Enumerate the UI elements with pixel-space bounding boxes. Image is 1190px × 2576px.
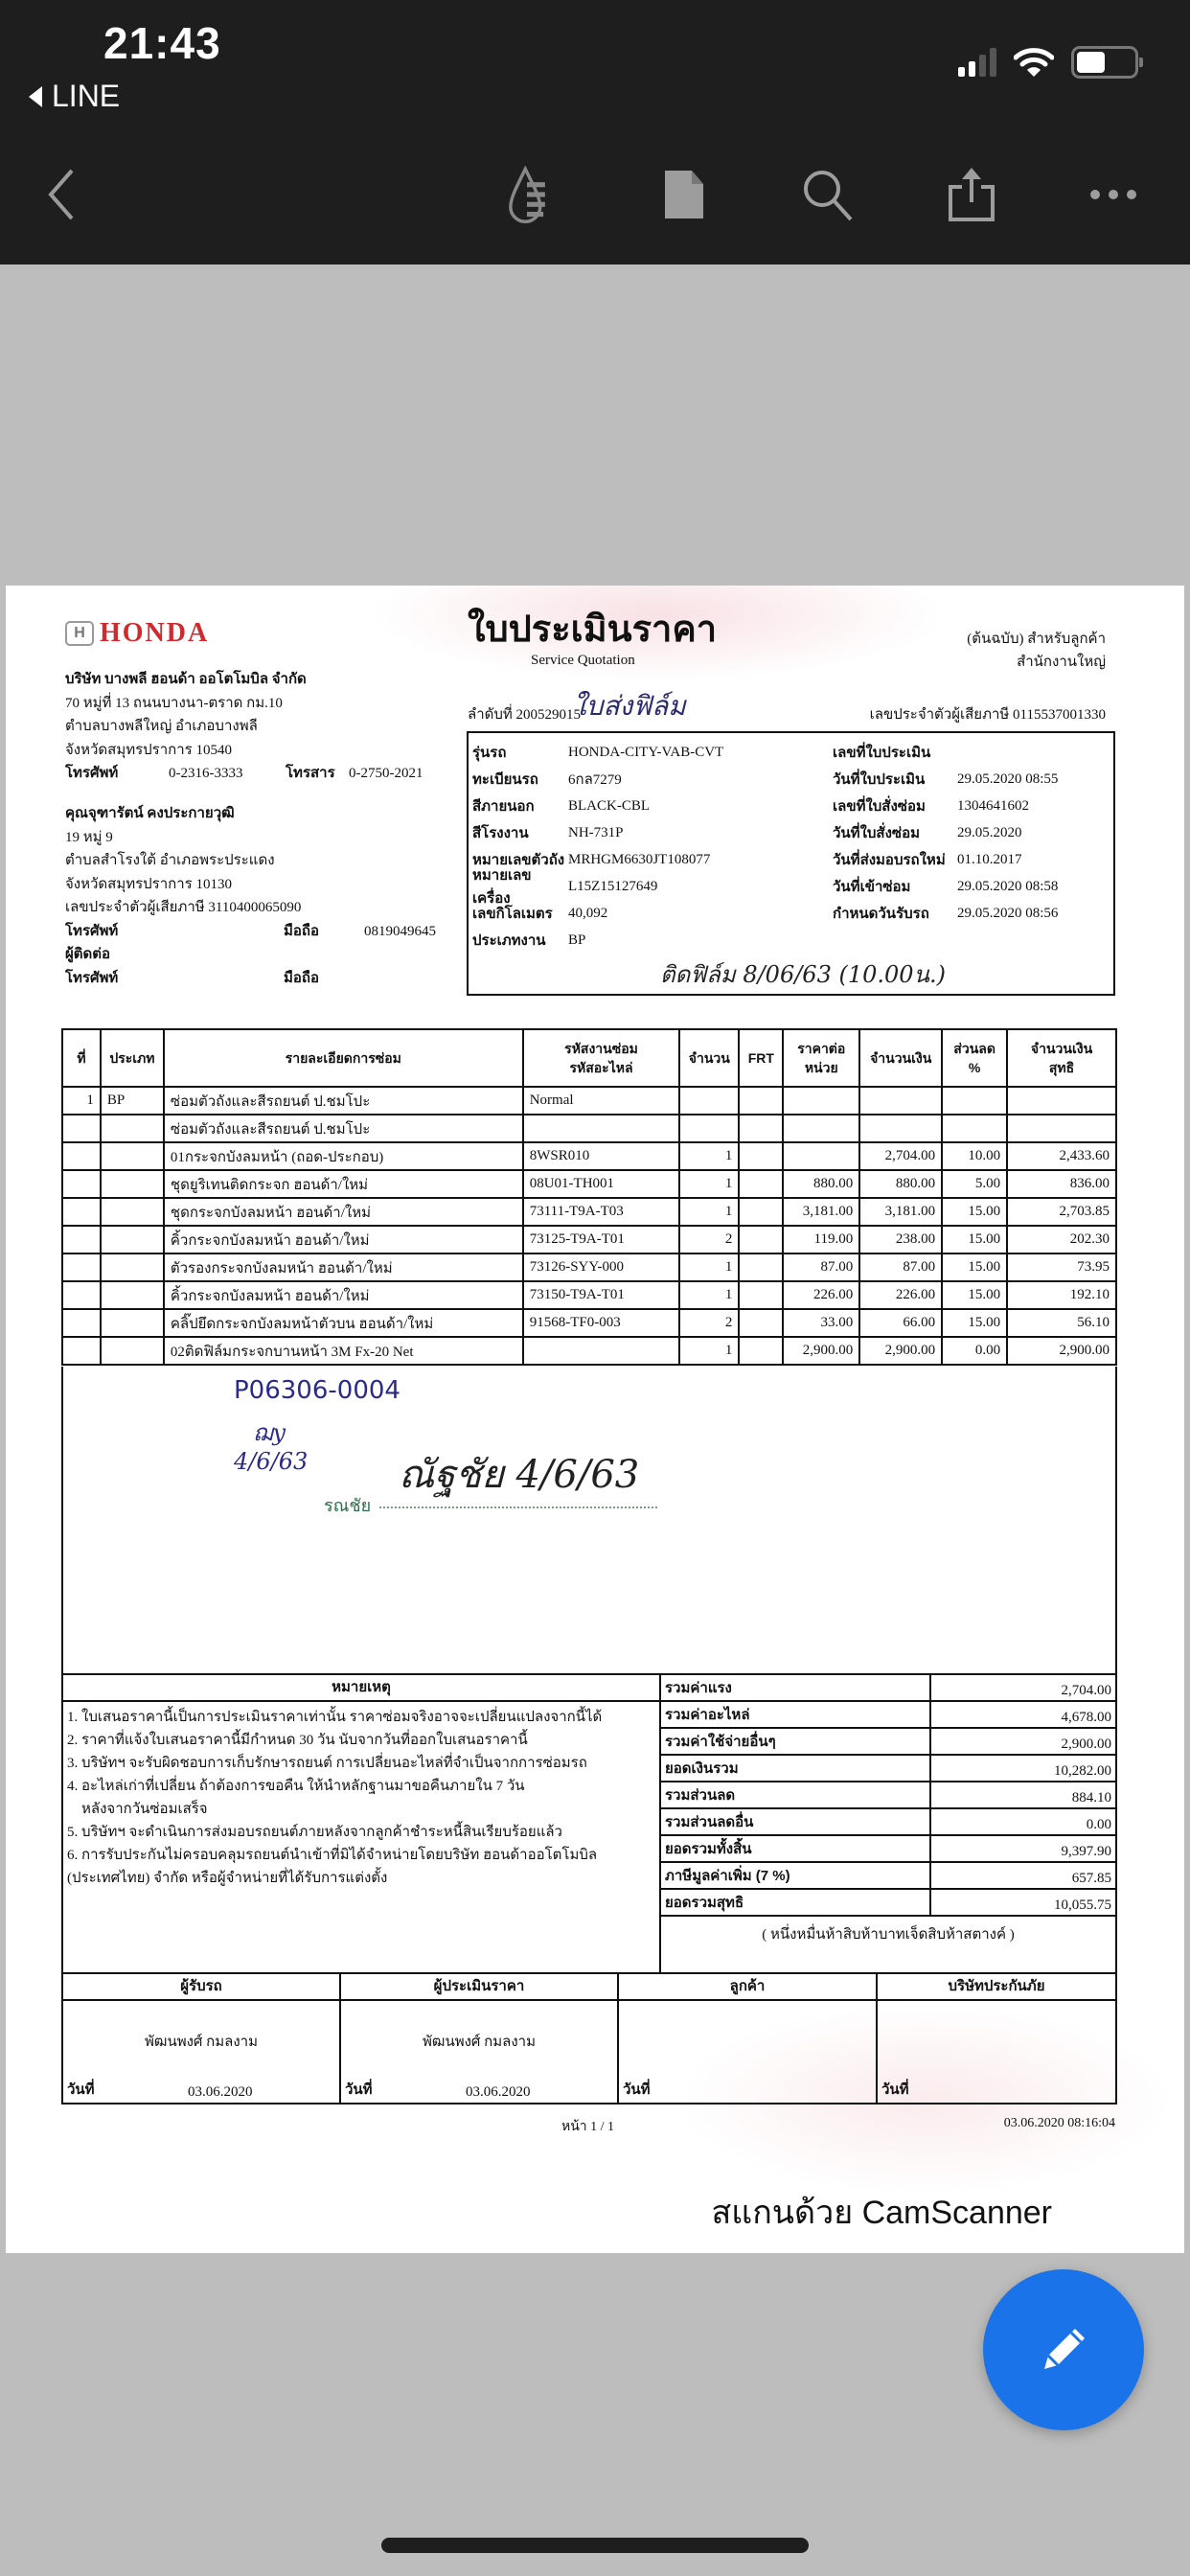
table-cell: 66.00 (859, 1309, 942, 1337)
vehicle-field-label: ทะเบียนรถ (472, 768, 568, 791)
table-cell: คลิ๊ปยึดกระจกบังลมหน้าตัวบน ฮอนด้า/ใหม่ (164, 1309, 523, 1337)
signer-date-label: วันที่ (345, 2078, 373, 2101)
table-cell (783, 1142, 859, 1170)
copy-line-2: สำนักงานใหญ่ (967, 651, 1106, 674)
table-cell (942, 1087, 1007, 1115)
table-cell: 2 (679, 1226, 739, 1253)
total-row: ภาษีมูลค่าเพิ่ม (7 %)657.85 (661, 1863, 1115, 1890)
table-cell: 02ติดฟิล์มกระจกบานหน้า 3M Fx-20 Net (164, 1337, 523, 1365)
table-cell: 3,181.00 (783, 1198, 859, 1226)
customer-mobile-label: มือถือ (284, 920, 351, 944)
table-cell (101, 1198, 164, 1226)
contact-mobile-label: มือถือ (284, 967, 351, 991)
table-row: ซ่อมตัวถังและสีรถยนต์ ป.ชมโปะ (62, 1115, 1116, 1142)
honda-emblem-icon: H (65, 621, 94, 646)
vehicle-field-value: NH-731P (568, 825, 624, 841)
total-row: ยอดรวมสุทธิ10,055.75 (661, 1890, 1115, 1917)
table-row: 01กระจกบังลมหน้า (ถอด-ประกอบ)8WSR01012,7… (62, 1142, 1116, 1170)
table-cell: ซ่อมตัวถังและสีรถยนต์ ป.ชมโปะ (164, 1087, 523, 1115)
vehicle-field-value: 29.05.2020 08:58 (957, 879, 1058, 895)
table-cell: 15.00 (942, 1226, 1007, 1253)
vehicle-field-label: เลขกิโลเมตร (472, 902, 568, 925)
vehicle-field-value: BP (568, 932, 585, 949)
table-cell: 8WSR010 (523, 1142, 680, 1170)
table-cell: 119.00 (783, 1226, 859, 1253)
table-cell: 73125-T9A-T01 (523, 1226, 680, 1253)
contact-phone-label: โทรศัพท์ (65, 967, 284, 991)
table-cell: 2,900.00 (1007, 1337, 1116, 1365)
table-cell: 2,900.00 (859, 1337, 942, 1365)
table-row: คิ้วกระจกบังลมหน้า ฮอนด้า/ใหม่73125-T9A-… (62, 1226, 1116, 1253)
sequence-number: ลำดับที่ 200529015 (468, 702, 581, 725)
table-cell (101, 1142, 164, 1170)
battery-icon (1071, 46, 1138, 79)
table-cell (739, 1087, 783, 1115)
table-cell: คิ้วกระจกบังลมหน้า ฮอนด้า/ใหม่ (164, 1281, 523, 1309)
vehicle-field-label: เลขที่ใบประเมิน (833, 741, 957, 764)
remark-line: 5. บริษัทฯ จะดำเนินการส่งมอบรถยนต์ภายหลั… (67, 1821, 655, 1844)
table-cell: ชุดกระจกบังลมหน้า ฮอนด้า/ใหม่ (164, 1198, 523, 1226)
signer-box: ผู้ประเมินราคาพัฒนพงศ์ กมลงามวันที่03.06… (341, 1974, 619, 2103)
table-cell: 2,433.60 (1007, 1142, 1116, 1170)
signature-table: ผู้รับรถพัฒนพงศ์ กมลงามวันที่03.06.2020ผ… (61, 1972, 1117, 2104)
vehicle-field: กำหนดวันรับรถ29.05.2020 08:56 (833, 900, 1058, 927)
signer-title: บริษัทประกันภัย (878, 1974, 1115, 2001)
document-icon (663, 169, 705, 220)
customer-address-3: จังหวัดสมุทรปราการ 10130 (65, 873, 436, 897)
vehicle-field: สีโรงงานNH-731P (472, 819, 723, 846)
table-cell: 1 (679, 1170, 739, 1198)
vehicle-field-label: ประเภทงาน (472, 929, 568, 952)
repair-items-table: ที่ประเภทรายละเอียดการซ่อมรหัสงานซ่อมรหั… (61, 1028, 1117, 1366)
vehicle-field: เลขกิโลเมตร40,092 (472, 900, 723, 927)
customer-mobile: 0819049645 (364, 920, 436, 944)
column-header: รายละเอียดการซ่อม (164, 1029, 523, 1087)
vehicle-field: วันที่เข้าซ่อม29.05.2020 08:58 (833, 873, 1058, 900)
table-cell: 1 (679, 1253, 739, 1281)
table-cell (739, 1226, 783, 1253)
column-header: จำนวน (679, 1029, 739, 1087)
table-cell: 56.10 (1007, 1309, 1116, 1337)
vehicle-field-value: 29.05.2020 08:56 (957, 906, 1058, 922)
table-cell: 880.00 (859, 1170, 942, 1198)
total-label: ยอดรวมสุทธิ (661, 1890, 931, 1915)
table-row: ชุดยูริเทนติดกระจก ฮอนด้า/ใหม่08U01-TH00… (62, 1170, 1116, 1198)
column-header: ประเภท (101, 1029, 164, 1087)
total-row: รวมค่าอะไหล่4,678.00 (661, 1702, 1115, 1729)
search-icon (801, 168, 855, 221)
column-header: จำนวนเงิน (859, 1029, 942, 1087)
signer-date: 03.06.2020 (188, 2084, 253, 2101)
signer-title: ผู้ประเมินราคา (341, 1974, 617, 2001)
table-row: ชุดกระจกบังลมหน้า ฮอนด้า/ใหม่73111-T9A-T… (62, 1198, 1116, 1226)
table-cell: 1 (62, 1087, 101, 1115)
table-cell: 0.00 (942, 1337, 1007, 1365)
brand-name: HONDA (100, 618, 209, 649)
vehicle-field: วันที่ใบประเมิน29.05.2020 08:55 (833, 766, 1058, 793)
status-time: 21:43 (103, 17, 221, 69)
table-cell: 2 (679, 1309, 739, 1337)
company-phone-label: โทรศัพท์ (65, 762, 169, 786)
table-cell (62, 1309, 101, 1337)
table-cell (739, 1309, 783, 1337)
table-cell (62, 1281, 101, 1309)
total-label: ภาษีมูลค่าเพิ่ม (7 %) (661, 1863, 931, 1888)
top-bar: 21:43 LINE (0, 0, 1190, 264)
signature-dotted-line (379, 1506, 657, 1508)
back-to-line-link[interactable]: LINE (29, 79, 120, 114)
table-cell: 73126-SYY-000 (523, 1253, 680, 1281)
table-cell: 08U01-TH001 (523, 1170, 680, 1198)
vehicle-field-value: BLACK-CBL (568, 798, 650, 815)
table-cell (739, 1198, 783, 1226)
signer-title: ลูกค้า (619, 1974, 876, 2001)
total-label: รวมส่วนลดอื่น (661, 1809, 931, 1834)
table-cell: 87.00 (783, 1253, 859, 1281)
table-cell: 5.00 (942, 1170, 1007, 1198)
initials-text: ฌy (234, 1418, 308, 1447)
signer-stamp-label: รณชัย (324, 1491, 371, 1519)
table-cell (62, 1253, 101, 1281)
total-value: 884.10 (931, 1782, 1115, 1807)
remarks-list: 1. ใบเสนอราคานี้เป็นการประเมินราคาเท่านั… (63, 1702, 659, 1894)
signer-date-label: วันที่ (623, 2078, 651, 2101)
vehicle-field: หมายเลขเครื่องL15Z15127649 (472, 873, 723, 900)
table-cell: 15.00 (942, 1281, 1007, 1309)
vehicle-field: รุ่นรถHONDA-CITY-VAB-CVT (472, 739, 723, 766)
company-address-1: 70 หมู่ที่ 13 ถนนบางนา-ตราด กม.10 (65, 692, 423, 716)
table-cell: 3,181.00 (859, 1198, 942, 1226)
table-cell: 1 (679, 1198, 739, 1226)
signer-name: พัฒนพงศ์ กมลงาม (63, 2030, 339, 2053)
table-cell (859, 1087, 942, 1115)
total-row: รวมส่วนลดอื่น0.00 (661, 1809, 1115, 1836)
vehicle-field-label: วันที่ใบสั่งซ่อม (833, 821, 957, 844)
table-cell (739, 1115, 783, 1142)
wifi-icon (1014, 46, 1054, 79)
vehicle-field-value: 29.05.2020 08:55 (957, 771, 1058, 788)
ink-drop-filter-icon (504, 161, 561, 228)
total-value: 10,282.00 (931, 1756, 1115, 1781)
handwritten-seq-note: ใบส่งฟิล์ม (573, 685, 686, 727)
signer-title: ผู้รับรถ (63, 1974, 339, 2001)
table-cell: 73150-T9A-T01 (523, 1281, 680, 1309)
remark-line: 3. บริษัทฯ จะรับผิดชอบการเก็บรักษารถยนต์… (67, 1752, 655, 1775)
table-cell (739, 1281, 783, 1309)
table-cell: คิ้วกระจกบังลมหน้า ฮอนด้า/ใหม่ (164, 1226, 523, 1253)
total-value: 2,900.00 (931, 1729, 1115, 1754)
total-row: รวมค่าใช้จ่ายอื่นๆ2,900.00 (661, 1729, 1115, 1756)
initials-date: 4/6/63 (234, 1447, 308, 1476)
table-row: คลิ๊ปยึดกระจกบังลมหน้าตัวบน ฮอนด้า/ใหม่9… (62, 1309, 1116, 1337)
remark-line: 1. ใบเสนอราคานี้เป็นการประเมินราคาเท่านั… (67, 1706, 655, 1729)
vehicle-field-label: สีโรงงาน (472, 821, 568, 844)
table-cell: 880.00 (783, 1170, 859, 1198)
customer-info: คุณจุฑารัตน์ คงประกายวุฒิ 19 หมู่ 9 ตำบล… (65, 802, 436, 990)
total-label: ยอดเงินรวม (661, 1756, 931, 1781)
signer-date-label: วันที่ (881, 2078, 909, 2101)
table-cell (739, 1253, 783, 1281)
column-header: FRT (739, 1029, 783, 1087)
table-cell (679, 1087, 739, 1115)
vehicle-field-value: 6กล7279 (568, 768, 622, 791)
table-cell: 1 (679, 1142, 739, 1170)
vehicle-field: วันที่ใบสั่งซ่อม29.05.2020 (833, 819, 1058, 846)
vehicle-field-value: 1304641602 (957, 798, 1029, 815)
home-indicator[interactable] (381, 2538, 809, 2553)
table-cell: 226.00 (783, 1281, 859, 1309)
more-icon (1089, 189, 1137, 200)
table-cell: 15.00 (942, 1309, 1007, 1337)
total-row: รวมส่วนลด884.10 (661, 1782, 1115, 1809)
customer-name: คุณจุฑารัตน์ คงประกายวุฒิ (65, 802, 436, 826)
share-button[interactable] (943, 161, 1000, 228)
table-cell (679, 1115, 739, 1142)
column-header: ส่วนลด% (942, 1029, 1007, 1087)
table-cell: 73111-T9A-T03 (523, 1198, 680, 1226)
vehicle-field-label: วันที่ใบประเมิน (833, 768, 957, 791)
vehicle-field: เลขที่ใบสั่งซ่อม1304641602 (833, 793, 1058, 819)
pencil-icon (1035, 2321, 1092, 2379)
chevron-left-icon (47, 168, 76, 221)
table-cell (101, 1309, 164, 1337)
table-row: ตัวรองกระจกบังลมหน้า ฮอนด้า/ใหม่73126-SY… (62, 1253, 1116, 1281)
table-cell (62, 1337, 101, 1365)
scanned-document-page: H HONDA บริษัท บางพลี ฮอนด้า ออโตโมบิล จ… (6, 586, 1184, 2253)
signer-name: พัฒนพงศ์ กมลงาม (341, 2030, 617, 2053)
customer-address-1: 19 หมู่ 9 (65, 826, 436, 850)
total-row: ยอดเงินรวม10,282.00 (661, 1756, 1115, 1782)
table-row: 1BPซ่อมตัวถังและสีรถยนต์ ป.ชมโปะNormal (62, 1087, 1116, 1115)
table-cell: 1 (679, 1281, 739, 1309)
vehicle-info-box: รุ่นรถHONDA-CITY-VAB-CVTทะเบียนรถ6กล7279… (467, 731, 1115, 996)
total-label: รวมค่าอะไหล่ (661, 1702, 931, 1727)
vehicle-field-value: 29.05.2020 (957, 825, 1022, 841)
document-subtitle: Service Quotation (531, 653, 635, 669)
table-cell (739, 1337, 783, 1365)
table-cell (101, 1115, 164, 1142)
column-header: รหัสงานซ่อมรหัสอะไหล่ (523, 1029, 680, 1087)
handwritten-notes-area: P06306-0004 ฌy 4/6/63 ณัฐชัย 4/6/63 รณชั… (61, 1367, 1117, 1675)
table-cell: 192.10 (1007, 1281, 1116, 1309)
table-cell: 91568-TF0-003 (523, 1309, 680, 1337)
table-row: 02ติดฟิล์มกระจกบานหน้า 3M Fx-20 Net12,90… (62, 1337, 1116, 1365)
table-cell: 15.00 (942, 1198, 1007, 1226)
document-button[interactable] (655, 161, 713, 228)
company-phone: 0-2316-3333 (169, 762, 286, 786)
table-cell (739, 1170, 783, 1198)
table-cell (1007, 1087, 1116, 1115)
handwritten-part-code: P06306-0004 (234, 1376, 400, 1405)
table-cell: 202.30 (1007, 1226, 1116, 1253)
table-cell: Normal (523, 1087, 680, 1115)
table-cell (62, 1170, 101, 1198)
totals-box: รวมค่าแรง2,704.00รวมค่าอะไหล่4,678.00รวม… (661, 1675, 1115, 1945)
vehicle-field-value: MRHGM6630JT108077 (568, 852, 710, 868)
table-cell: 73.95 (1007, 1253, 1116, 1281)
company-address-2: ตำบลบางพลีใหญ่ อำเภอบางพลี (65, 715, 423, 739)
seq-label: ลำดับที่ (468, 707, 513, 723)
vehicle-field-value: L15Z15127649 (568, 879, 657, 895)
total-value: 4,678.00 (931, 1702, 1115, 1727)
table-cell: 226.00 (859, 1281, 942, 1309)
table-cell (783, 1087, 859, 1115)
signer-box: ผู้รับรถพัฒนพงศ์ กมลงามวันที่03.06.2020 (63, 1974, 341, 2103)
total-label: รวมค่าแรง (661, 1675, 931, 1700)
vehicle-field: วันที่ส่งมอบรถใหม่01.10.2017 (833, 846, 1058, 873)
customer-phone-label: โทรศัพท์ (65, 920, 284, 944)
total-label: ยอดรวมทั้งสิ้น (661, 1836, 931, 1861)
table-cell (101, 1226, 164, 1253)
vehicle-field-label: วันที่ส่งมอบรถใหม่ (833, 848, 957, 871)
total-label: รวมค่าใช้จ่ายอื่นๆ (661, 1729, 931, 1754)
company-tax-id: เลขประจำตัวผู้เสียภาษี 0115537001330 (870, 702, 1106, 725)
total-value: 9,397.90 (931, 1836, 1115, 1861)
column-header: จำนวนเงินสุทธิ (1007, 1029, 1116, 1087)
table-cell: 33.00 (783, 1309, 859, 1337)
more-button[interactable] (1085, 161, 1142, 228)
vehicle-field-label: เลขที่ใบสั่งซ่อม (833, 794, 957, 817)
signer-box: ลูกค้าวันที่ (619, 1974, 878, 2103)
contact-label: ผู้ติดต่อ (65, 943, 436, 967)
table-cell: 10.00 (942, 1142, 1007, 1170)
total-row: รวมค่าแรง2,704.00 (661, 1675, 1115, 1702)
remark-line: หลังจากวันซ่อมเสร็จ (67, 1798, 655, 1821)
company-name: บริษัท บางพลี ฮอนด้า ออโตโมบิล จำกัด (65, 668, 423, 692)
table-cell (523, 1115, 680, 1142)
table-cell (62, 1142, 101, 1170)
printed-timestamp: 03.06.2020 08:16:04 (1004, 2116, 1115, 2131)
company-fax: 0-2750-2021 (349, 762, 423, 786)
page-number: หน้า 1 / 1 (561, 2116, 614, 2137)
total-value: 0.00 (931, 1809, 1115, 1834)
column-header: ที่ (62, 1029, 101, 1087)
customer-tax-id: เลขประจำตัวผู้เสียภาษี 3110400065090 (65, 896, 436, 920)
table-cell (1007, 1115, 1116, 1142)
vehicle-field-label: วันที่เข้าซ่อม (833, 875, 957, 898)
signer-date: 03.06.2020 (466, 2084, 531, 2101)
table-cell: 2,900.00 (783, 1337, 859, 1365)
edit-fab-button[interactable] (983, 2269, 1144, 2430)
signer-box: บริษัทประกันภัยวันที่ (878, 1974, 1115, 2103)
table-cell: ชุดยูริเทนติดกระจก ฮอนด้า/ใหม่ (164, 1170, 523, 1198)
seq-value: 200529015 (516, 707, 582, 723)
vehicle-field: ประเภทงานBP (472, 927, 723, 954)
table-cell (101, 1337, 164, 1365)
total-value: 657.85 (931, 1863, 1115, 1888)
back-app-label: LINE (52, 79, 120, 114)
total-value: 2,704.00 (931, 1675, 1115, 1700)
company-fax-label: โทรสาร (286, 762, 349, 786)
total-row: ยอดรวมทั้งสิ้น9,397.90 (661, 1836, 1115, 1863)
company-info: บริษัท บางพลี ฮอนด้า ออโตโมบิล จำกัด 70 … (65, 668, 423, 786)
column-header: ราคาต่อหน่วย (783, 1029, 859, 1087)
remark-line: 6. การรับประกันไม่ครอบคลุมรถยนต์นำเข้าที… (67, 1844, 655, 1867)
document-title: ใบประเมินราคา (468, 599, 717, 657)
handwritten-signature: ณัฐชัย 4/6/63 (399, 1443, 639, 1505)
table-cell: 836.00 (1007, 1170, 1116, 1198)
table-cell: BP (101, 1087, 164, 1115)
table-cell: 01กระจกบังลมหน้า (ถอด-ประกอบ) (164, 1142, 523, 1170)
table-cell (942, 1115, 1007, 1142)
table-cell: ตัวรองกระจกบังลมหน้า ฮอนด้า/ใหม่ (164, 1253, 523, 1281)
table-cell: 2,704.00 (859, 1142, 942, 1170)
filter-button[interactable] (504, 161, 561, 228)
back-triangle-icon (29, 86, 42, 107)
status-icons (958, 46, 1138, 79)
table-cell (739, 1142, 783, 1170)
table-cell: ซ่อมตัวถังและสีรถยนต์ ป.ชมโปะ (164, 1115, 523, 1142)
share-icon (945, 166, 998, 223)
table-cell: 2,703.85 (1007, 1198, 1116, 1226)
table-cell (62, 1226, 101, 1253)
vehicle-field: สีภายนอกBLACK-CBL (472, 793, 723, 819)
cellular-signal-icon (958, 48, 996, 77)
vehicle-field-label: รุ่นรถ (472, 741, 568, 764)
summary-section: หมายเหตุ 1. ใบเสนอราคานี้เป็นการประเมินร… (61, 1673, 1117, 1974)
tax-id-label: เลขประจำตัวผู้เสียภาษี (870, 707, 1010, 723)
table-cell: 238.00 (859, 1226, 942, 1253)
vehicle-field-value: HONDA-CITY-VAB-CVT (568, 745, 723, 761)
table-cell (101, 1253, 164, 1281)
remark-line: (ประเทศไทย) จำกัด หรือผู้จำหน่ายที่ได้รั… (67, 1867, 655, 1890)
copy-line-1: (ต้นฉบับ) สำหรับลูกค้า (967, 628, 1106, 651)
vehicle-field: เลขที่ใบประเมิน (833, 739, 1058, 766)
camscanner-watermark: สแกนด้วย CamScanner (712, 2186, 1052, 2238)
table-cell (783, 1115, 859, 1142)
back-button[interactable] (33, 161, 90, 228)
handwritten-film-note: ติดฟิล์ม 8/06/63 (10.00น.) (660, 955, 946, 993)
tax-id-value: 0115537001330 (1013, 707, 1106, 723)
company-address-3: จังหวัดสมุทรปราการ 10540 (65, 739, 423, 763)
table-cell (62, 1115, 101, 1142)
copy-info: (ต้นฉบับ) สำหรับลูกค้า สำนักงานใหญ่ (967, 628, 1106, 674)
honda-logo: H HONDA (65, 618, 209, 649)
remarks-box: หมายเหตุ 1. ใบเสนอราคานี้เป็นการประเมินร… (63, 1675, 661, 1972)
remark-line: 4. อะไหล่เก่าที่เปลี่ยน ถ้าต้องการขอคืน … (67, 1775, 655, 1798)
table-cell: 15.00 (942, 1253, 1007, 1281)
table-cell (523, 1337, 680, 1365)
search-button[interactable] (799, 161, 857, 228)
amount-in-words: ( หนึ่งหมื่นห้าสิบห้าบาทเจ็ดสิบห้าสตางค์… (661, 1917, 1115, 1945)
remarks-title: หมายเหตุ (63, 1675, 659, 1702)
vehicle-field-value: 01.10.2017 (957, 852, 1022, 868)
vehicle-field-value: 40,092 (568, 906, 607, 922)
vehicle-field-label: กำหนดวันรับรถ (833, 902, 957, 925)
table-cell (101, 1170, 164, 1198)
signer-date-label: วันที่ (67, 2078, 95, 2101)
table-cell (101, 1281, 164, 1309)
table-cell: 87.00 (859, 1253, 942, 1281)
vehicle-field-label: สีภายนอก (472, 794, 568, 817)
total-value: 10,055.75 (931, 1890, 1115, 1915)
handwritten-initials: ฌy 4/6/63 (234, 1418, 308, 1476)
customer-address-2: ตำบลสำโรงใต้ อำเภอพระประแดง (65, 849, 436, 873)
table-cell: 1 (679, 1337, 739, 1365)
total-label: รวมส่วนลด (661, 1782, 931, 1807)
table-row: คิ้วกระจกบังลมหน้า ฮอนด้า/ใหม่73150-T9A-… (62, 1281, 1116, 1309)
table-cell (859, 1115, 942, 1142)
table-cell (62, 1198, 101, 1226)
remark-line: 2. ราคาที่แจ้งใบเสนอราคานี้มีกำหนด 30 วั… (67, 1729, 655, 1752)
vehicle-field: ทะเบียนรถ6กล7279 (472, 766, 723, 793)
